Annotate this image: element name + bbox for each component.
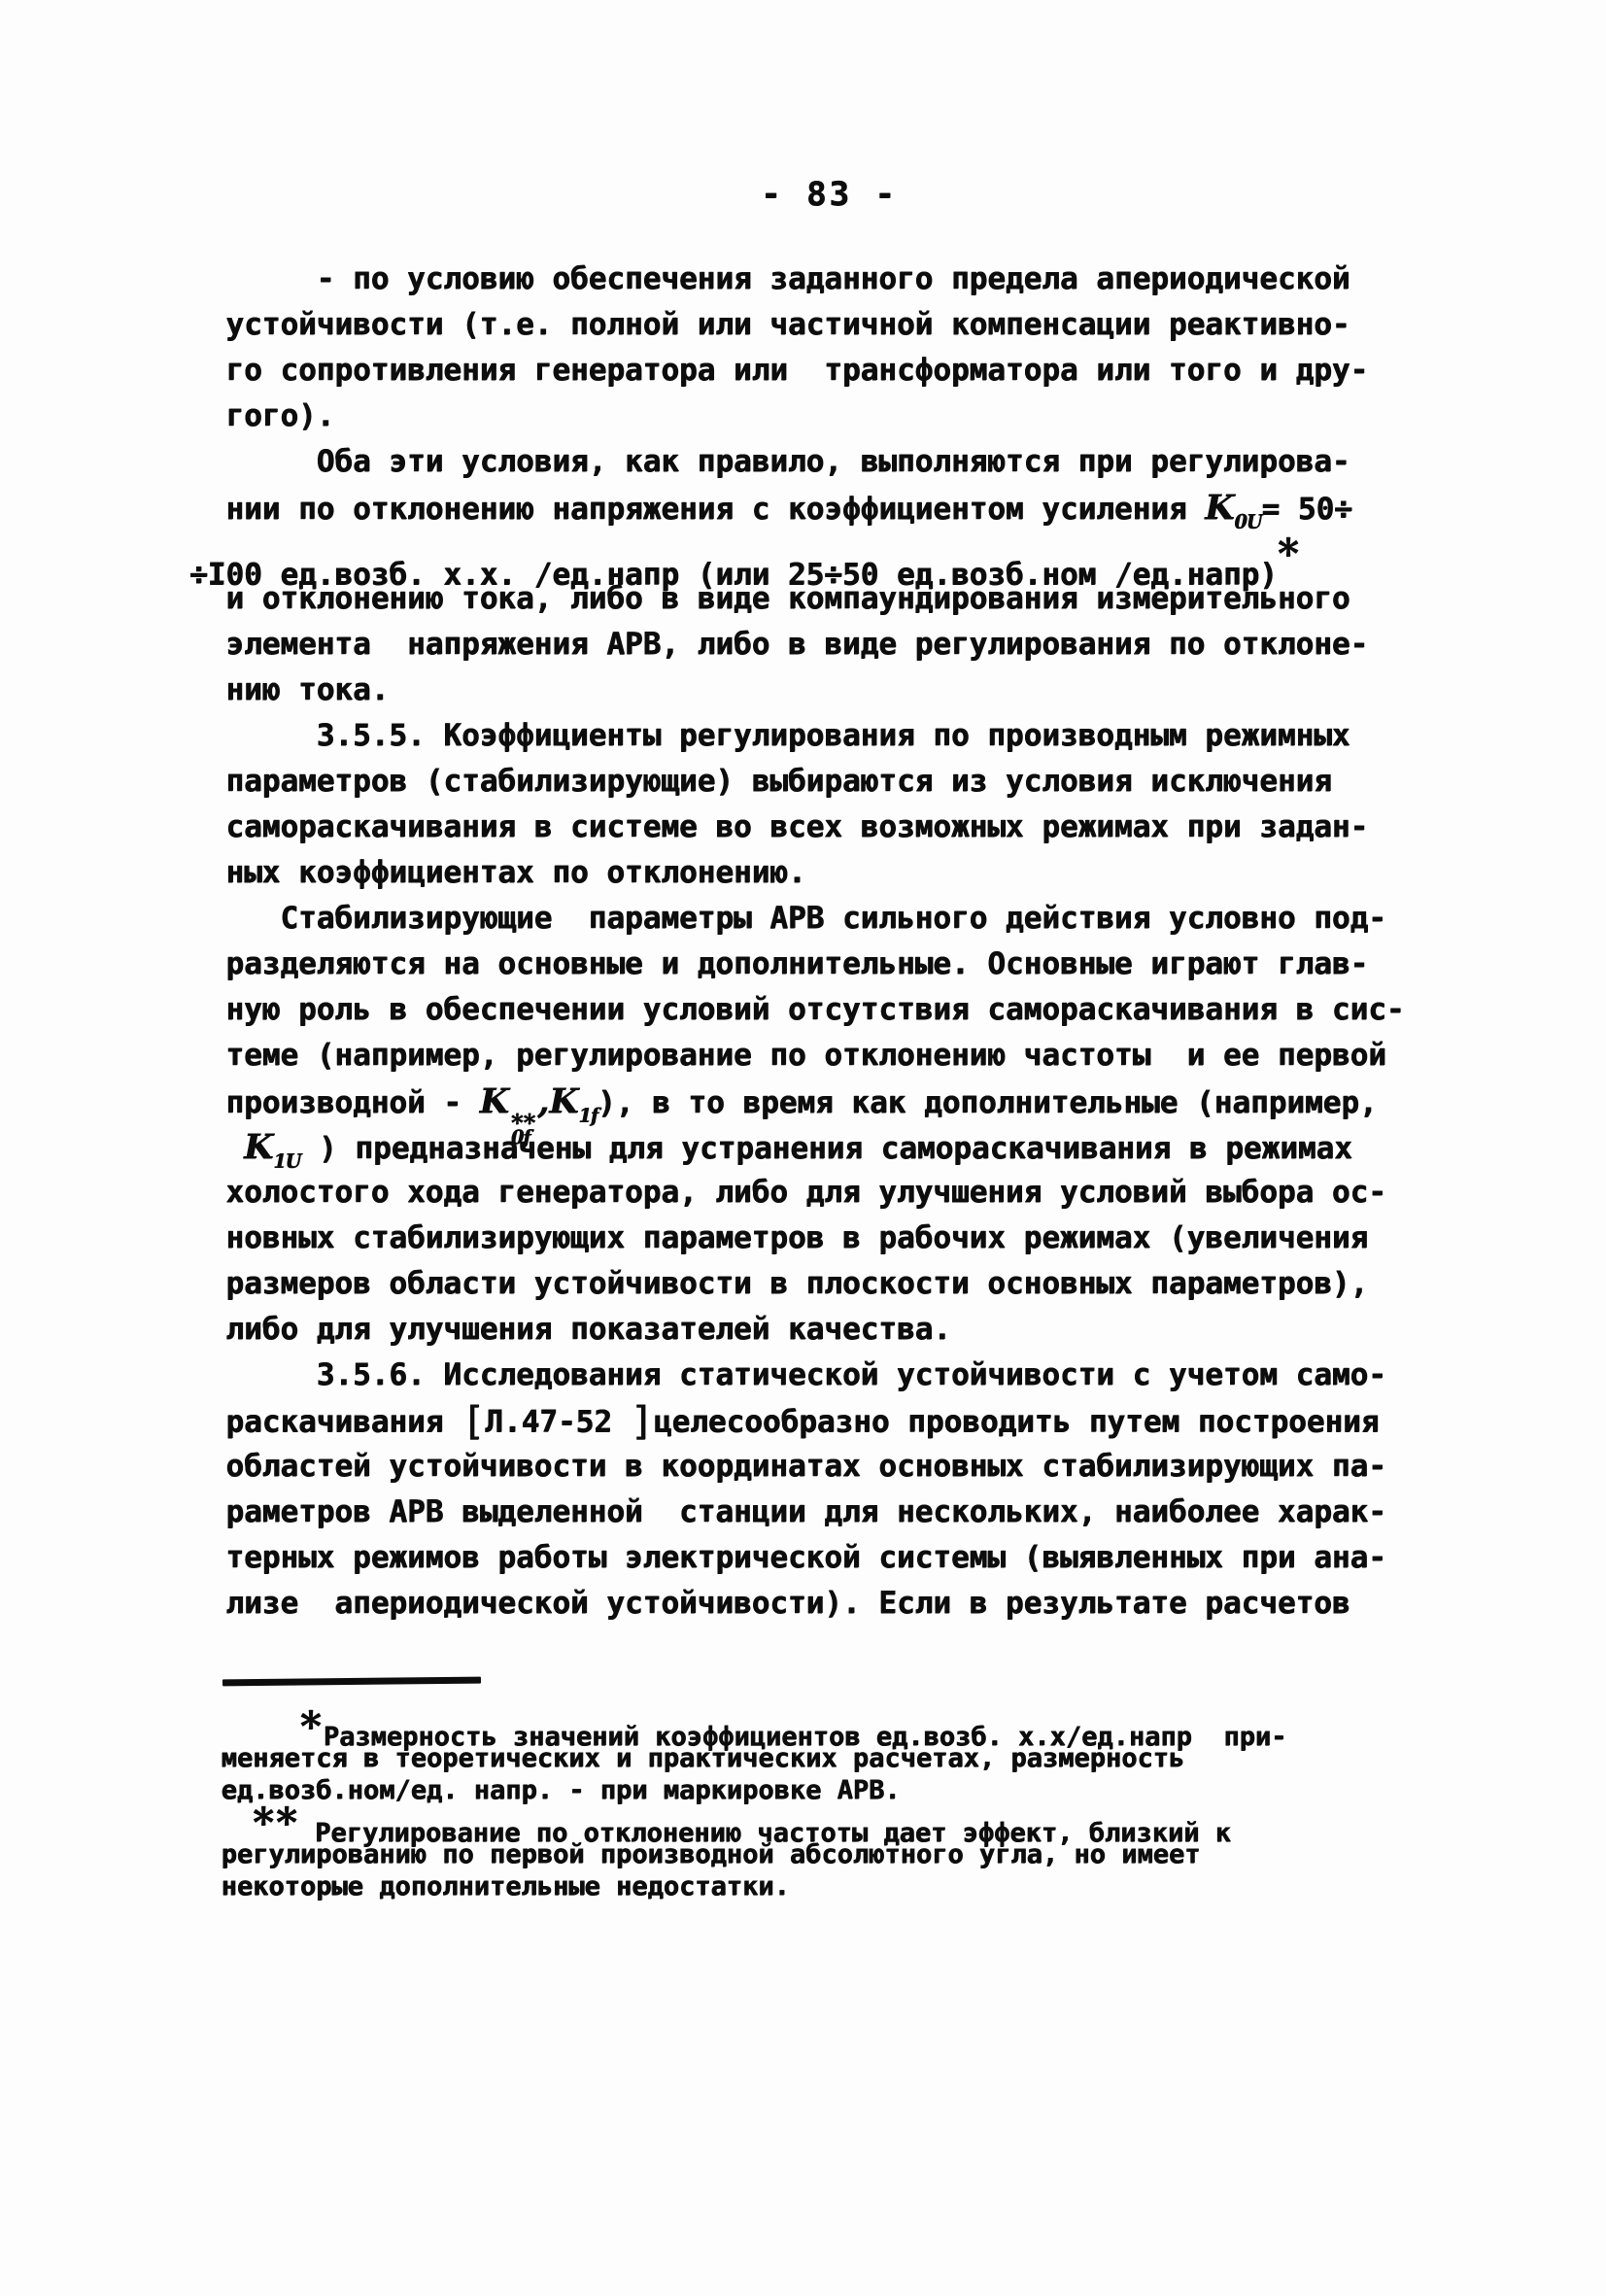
text-segment: новных стабилизирующих параметров в рабо…	[189, 1220, 1368, 1255]
footnote-line: регулированию по первой производной абсо…	[189, 1838, 1286, 1870]
body-line: раметров АРВ выделенной станции для неск…	[189, 1490, 1404, 1535]
text-segment: размеров области устойчивости в плоскост…	[189, 1266, 1368, 1301]
text-segment: холостого хода генератора, либо для улуч…	[189, 1175, 1386, 1210]
text-segment: элемента напряжения АРВ, либо в виде рег…	[189, 627, 1368, 662]
text-segment: ), в то время как дополнительные (наприм…	[598, 1085, 1378, 1120]
text-segment: 3.5.5. Коэффициенты регулирования по про…	[189, 718, 1350, 753]
footnote-separator	[222, 1677, 481, 1687]
body-line: Стабилизирующие параметры АРВ сильного д…	[189, 896, 1404, 942]
body-line: разделяются на основные и дополнительные…	[189, 942, 1404, 987]
document-sheet: - 83 - - по условию обеспечения заданног…	[0, 0, 1606, 2296]
text-segment: регулированию по первой производной абсо…	[189, 1839, 1200, 1869]
footnote-line: *Размерность значений коэффициентов ед.в…	[189, 1710, 1286, 1742]
formula-k-variable: ,	[537, 1081, 549, 1121]
text-segment: разделяются на основные и дополнительные…	[189, 946, 1368, 981]
text-segment: 3.5.6. Исследования статической устойчив…	[189, 1357, 1386, 1392]
formula-k-variable: K	[244, 1127, 273, 1167]
text-segment: ную роль в обеспечении условий отсутстви…	[189, 992, 1404, 1027]
formula-k-variable: K	[549, 1081, 578, 1121]
body-line: теме (например, регулирование по отклоне…	[189, 1033, 1404, 1079]
body-line: и отклонению тока, либо в виде компаунди…	[189, 576, 1404, 622]
body-line: гого).	[189, 394, 1404, 439]
body-line: нии по отклонению напряжения с коэффицие…	[189, 485, 1404, 531]
text-segment: самораскачивания в системе во всех возмо…	[189, 809, 1368, 844]
text-segment: производной -	[189, 1085, 480, 1120]
footnote-text: *Размерность значений коэффициентов ед.в…	[189, 1710, 1286, 1902]
body-line: Оба эти условия, как правило, выполняютс…	[189, 439, 1404, 485]
body-line: ную роль в обеспечении условий отсутстви…	[189, 987, 1404, 1033]
footnote-line: некоторые дополнительные недостатки.	[189, 1870, 1286, 1902]
footnote-line: ** Регулирование по отклонению частоты д…	[189, 1806, 1286, 1838]
text-segment: и отклонению тока, либо в виде компаунди…	[189, 581, 1350, 616]
body-line: K1U ) предназначены для устранения самор…	[189, 1124, 1404, 1170]
body-line: терных режимов работы электрической сист…	[189, 1535, 1404, 1581]
footnote-line: ед.возб.ном/ед. напр. - при маркировке А…	[189, 1774, 1286, 1806]
body-line: ных коэффициентах по отклонению.	[189, 850, 1404, 896]
body-line: 3.5.5. Коэффициенты регулирования по про…	[189, 713, 1404, 759]
body-line: 3.5.6. Исследования статической устойчив…	[189, 1353, 1404, 1398]
formula-k-variable: K	[1205, 488, 1234, 528]
body-line: производной - K**0f,K1f), в то время как…	[189, 1079, 1404, 1124]
body-line: элемента напряжения АРВ, либо в виде рег…	[189, 622, 1404, 668]
footnote-line: меняется в теоретических и практических …	[189, 1742, 1286, 1774]
text-segment: нии по отклонению напряжения с коэффицие…	[189, 492, 1205, 527]
text-segment	[189, 1131, 244, 1166]
text-segment: областей устойчивости в координатах осно…	[189, 1449, 1386, 1484]
text-segment: гого).	[189, 398, 334, 433]
text-segment: нию тока.	[189, 672, 389, 707]
body-line: новных стабилизирующих параметров в рабо…	[189, 1216, 1404, 1261]
body-text: - по условию обеспечения заданного преде…	[189, 257, 1404, 1627]
reference-bracket: [	[461, 1398, 485, 1444]
body-line: лизе апериодической устойчивости). Если …	[189, 1581, 1404, 1627]
text-segment: Л.47-52	[485, 1405, 630, 1440]
text-segment: целесообразно проводить путем построения	[654, 1405, 1380, 1440]
body-line: размеров области устойчивости в плоскост…	[189, 1261, 1404, 1307]
text-segment: устойчивости (т.е. полной или частичной …	[189, 307, 1350, 342]
body-line: раскачивания [Л.47-52 ]целесообразно про…	[189, 1398, 1404, 1444]
text-segment: раскачивания	[189, 1405, 461, 1440]
body-line: устойчивости (т.е. полной или частичной …	[189, 302, 1404, 348]
footnote-reference-star: *	[1278, 530, 1299, 577]
text-segment: теме (например, регулирование по отклоне…	[189, 1038, 1386, 1073]
text-segment: терных режимов работы электрической сист…	[189, 1540, 1386, 1575]
body-line: го сопротивления генератора или трансфор…	[189, 348, 1404, 394]
body-line: параметров (стабилизирующие) выбираются …	[189, 759, 1404, 805]
body-line: нию тока.	[189, 668, 1404, 713]
text-segment: - по условию обеспечения заданного преде…	[189, 261, 1350, 296]
text-segment: ) предназначены для устранения самораска…	[300, 1131, 1352, 1166]
text-segment: Стабилизирующие параметры АРВ сильного д…	[189, 901, 1386, 936]
text-segment: либо для улучшения показателей качества.	[189, 1312, 951, 1347]
body-line: областей устойчивости в координатах осно…	[189, 1444, 1404, 1490]
text-segment: ных коэффициентах по отклонению.	[189, 855, 806, 890]
body-line: ÷I00 ед.возб. х.х. /ед.напр (или 25÷50 е…	[189, 531, 1404, 576]
formula-k-variable: K	[480, 1081, 509, 1121]
text-segment: параметров (стабилизирующие) выбираются …	[189, 764, 1332, 799]
text-segment: меняется в теоретических и практических …	[189, 1743, 1184, 1773]
body-line: - по условию обеспечения заданного преде…	[189, 257, 1404, 302]
body-line: холостого хода генератора, либо для улуч…	[189, 1170, 1404, 1216]
body-line: самораскачивания в системе во всех возмо…	[189, 805, 1404, 850]
text-segment: лизе апериодической устойчивости). Если …	[189, 1586, 1350, 1621]
text-segment: = 50÷	[1261, 492, 1351, 527]
reference-bracket: ]	[631, 1398, 654, 1444]
page-number: - 83 -	[761, 175, 898, 214]
body-line: либо для улучшения показателей качества.	[189, 1307, 1404, 1353]
text-segment: Оба эти условия, как правило, выполняютс…	[189, 444, 1350, 479]
text-segment: го сопротивления генератора или трансфор…	[189, 353, 1368, 388]
text-segment: некоторые дополнительные недостатки.	[189, 1871, 790, 1902]
text-segment: раметров АРВ выделенной станции для неск…	[189, 1494, 1386, 1529]
